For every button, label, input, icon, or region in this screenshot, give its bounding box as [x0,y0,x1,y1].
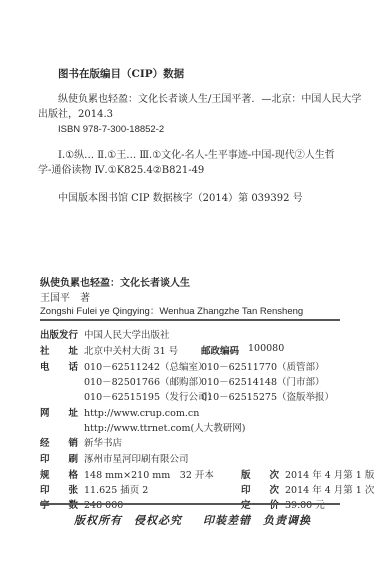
web-1[interactable]: http://www.crup.com.cn [84,408,199,419]
postcode-label: 邮政编码 [201,343,239,357]
cip-subject-line1: Ⅰ.①纵… Ⅱ.①王… Ⅲ.①文化-名人-生平事迹-中国-现代②人生哲 [58,148,335,163]
cip-isbn: ISBN 978-7-300-18852-2 [58,122,164,137]
book-title: 纵使负累也轻盈：文化长者谈人生 [40,274,190,289]
edition: 2014 年 4 月第 1 版 [285,467,374,481]
distributor: 新华书店 [84,438,122,449]
phone-2b: 010－62514148（门市部） [201,374,325,388]
address-label: 社 址 [40,343,84,357]
phone-3a: 010－62515195（发行公司） [84,392,217,403]
web-2[interactable]: http://www.ttrnet.com(人大教研网) [84,423,245,434]
web-label: 网 址 [40,405,84,419]
printer: 涿州市星河印刷有限公司 [84,454,189,465]
printing-label: 印 次 [241,482,279,496]
publisher-label: 出版发行 [40,327,84,341]
printing: 2014 年 4 月第 1 次印刷 [285,482,375,496]
cip-subject-line2: 学-通俗读物 Ⅳ.①K825.4②B821-49 [38,163,204,178]
edition-label: 版 次 [241,467,279,481]
sheets-label: 印 张 [40,482,84,496]
address: 北京中关村大街 31 号 [84,346,178,357]
postcode: 100080 [248,343,284,354]
phone-3b: 010－62515275（盗版举报） [201,389,334,403]
phone-1a: 010－62511242（总编室） [84,362,208,373]
cip-record: 中国版本图书馆 CIP 数据核字（2014）第 039392 号 [58,191,303,206]
phone-2a: 010－82501766（邮购部） [84,377,208,388]
spec: 148 mm×210 mm 32 开本 [84,470,214,481]
spec-label: 规 格 [40,467,84,481]
cip-entry-line1: 纵使负累也轻盈：文化长者谈人生/王国平著．—北京：中国人民大学 [58,92,361,107]
misprint-notice: 印装差错 负责调换 [203,512,311,528]
book-author: 王国平 著 [40,289,90,304]
book-pinyin: Zongshi Fulei ye Qingying：Wenhua Zhangzh… [40,303,303,317]
print-label: 印 刷 [40,451,84,465]
phone-1b: 010－62511770（质管部） [201,359,325,373]
publisher: 中国人民大学出版社 [84,330,170,341]
dist-label: 经 销 [40,435,84,449]
phone-label: 电 话 [40,359,84,373]
divider-top [40,319,340,321]
cip-entry-line2: 出版社，2014.3 [38,107,113,122]
sheets: 11.625 插页 2 [84,485,148,496]
copyright-notice: 版权所有 侵权必究 [74,512,182,528]
cip-title: 图书在版编目（CIP）数据 [58,66,184,81]
